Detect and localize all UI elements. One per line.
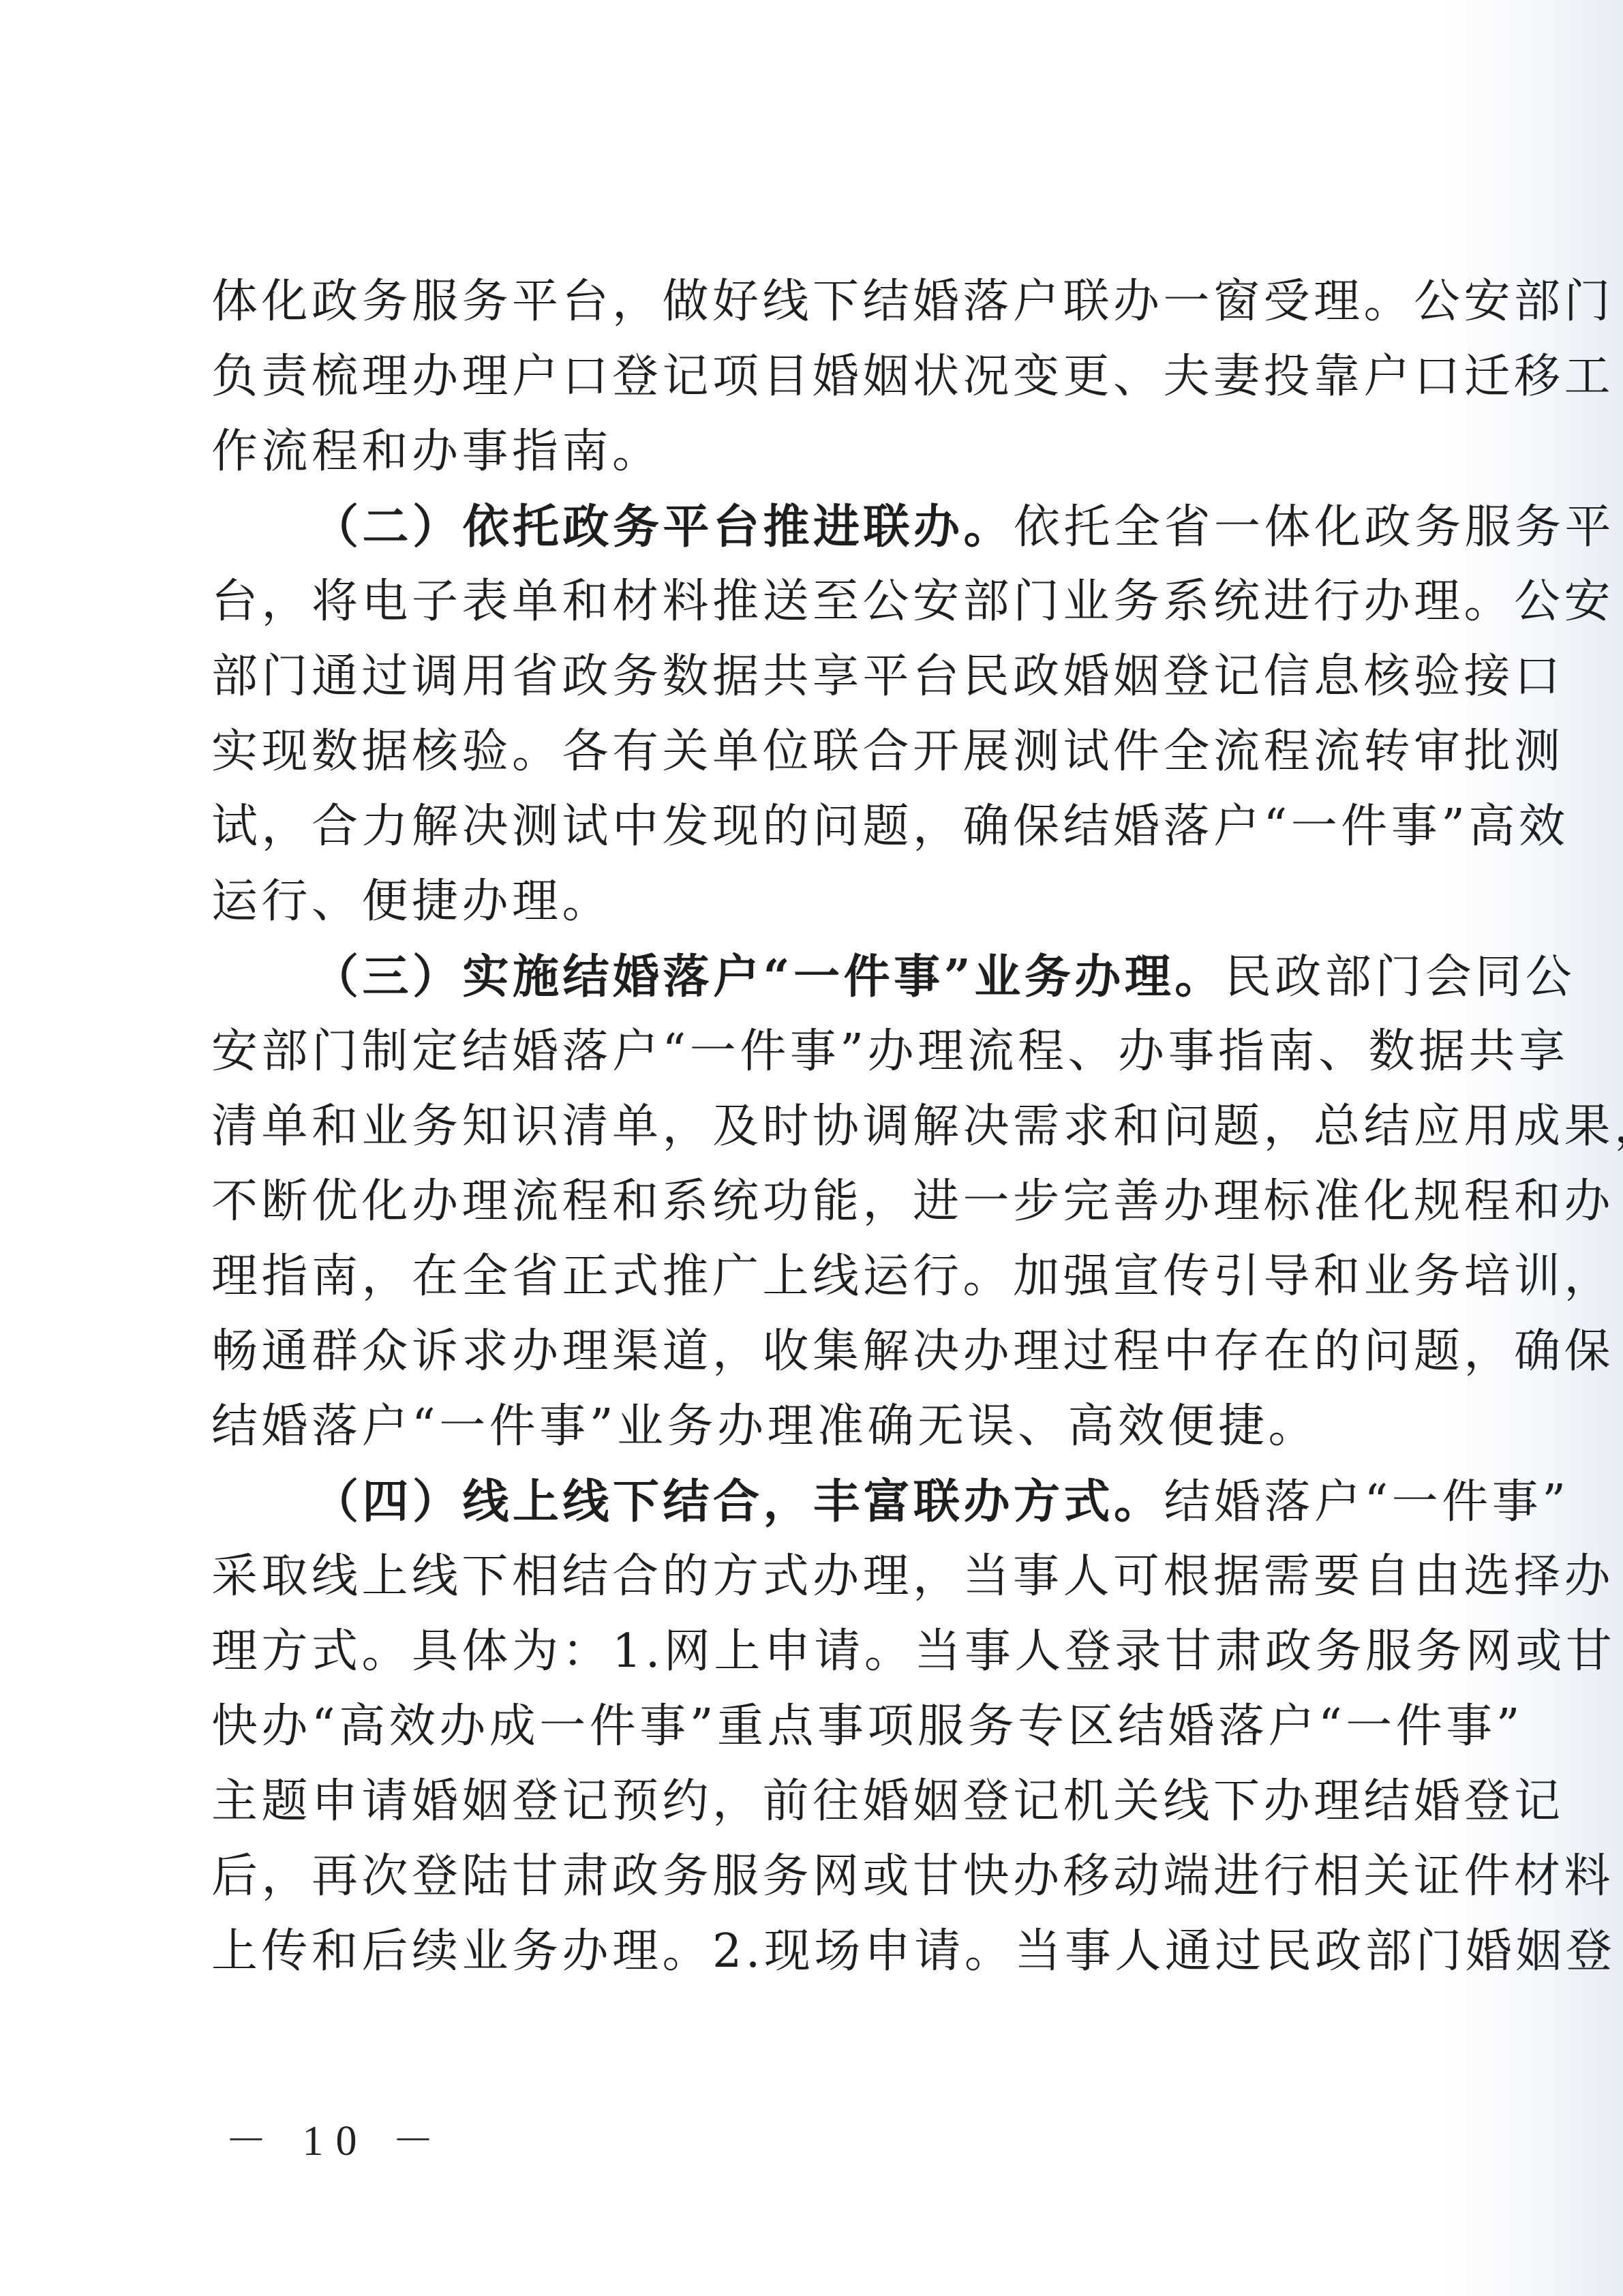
text-run: 民政部门会同公 — [1225, 950, 1576, 1004]
text-run: 结婚落户“一件事” — [1164, 1475, 1570, 1529]
text-run: 依托全省一体化政务服务平 — [1014, 500, 1615, 554]
text-line: 理指南，在全省正式推广上线运行。加强宣传引导和业务培训， — [211, 1239, 1416, 1314]
document-body: 体化政务服务平台，做好线下结婚落户联办一窗受理。公安部门 负责梳理办理户口登记项… — [211, 265, 1416, 1989]
text-line: 理方式。具体为：1.网上申请。当事人登录甘肃政务服务网或甘 — [211, 1614, 1416, 1689]
text-line: 安部门制定结婚落户“一件事”办理流程、办事指南、数据共享 — [211, 1014, 1416, 1089]
paragraph-section-4: （四）线上线下结合，丰富联办方式。结婚落户“一件事” 采取线上线下相结合的方式办… — [211, 1464, 1416, 1989]
text-line: 体化政务服务平台，做好线下结婚落户联办一窗受理。公安部门 — [211, 265, 1416, 339]
text-line-first: （二）依托政务平台推进联办。依托全省一体化政务服务平 — [211, 489, 1416, 564]
text-line: 运行、便捷办理。 — [211, 864, 1416, 939]
text-line: 台，将电子表单和材料推送至公安部门业务系统进行办理。公安 — [211, 564, 1416, 639]
text-line: 部门通过调用省政务数据共享平台民政婚姻登记信息核验接口 — [211, 639, 1416, 714]
text-line: 实现数据核验。各有关单位联合开展测试件全流程流转审批测 — [211, 714, 1416, 789]
text-line: 清单和业务知识清单，及时协调解决需求和问题，总结应用成果， — [211, 1089, 1416, 1164]
text-line: 快办“高效办成一件事”重点事项服务专区结婚落户“一件事” — [211, 1689, 1416, 1764]
text-line: 结婚落户“一件事”业务办理准确无误、高效便捷。 — [211, 1389, 1416, 1464]
text-line: 后，再次登陆甘肃政务服务网或甘快办移动端进行相关证件材料 — [211, 1839, 1416, 1914]
text-line: 畅通群众诉求办理渠道，收集解决办理过程中存在的问题，确保 — [211, 1314, 1416, 1389]
section-heading-4: （四）线上线下结合，丰富联办方式。 — [312, 1475, 1164, 1529]
text-line-first: （四）线上线下结合，丰富联办方式。结婚落户“一件事” — [211, 1464, 1416, 1539]
text-line: 不断优化办理流程和系统功能，进一步完善办理标准化规程和办 — [211, 1164, 1416, 1239]
text-line-first: （三）实施结婚落户“一件事”业务办理。民政部门会同公 — [211, 939, 1416, 1014]
paragraph-section-3: （三）实施结婚落户“一件事”业务办理。民政部门会同公 安部门制定结婚落户“一件事… — [211, 939, 1416, 1464]
paragraph-continuation: 体化政务服务平台，做好线下结婚落户联办一窗受理。公安部门 负责梳理办理户口登记项… — [211, 265, 1416, 489]
text-line: 试，合力解决测试中发现的问题，确保结婚落户“一件事”高效 — [211, 789, 1416, 864]
text-line: 主题申请婚姻登记预约，前往婚姻登记机关线下办理结婚登记 — [211, 1764, 1416, 1839]
page-number: － 10 － — [225, 2106, 446, 2167]
text-line: 负责梳理办理户口登记项目婚姻状况变更、夫妻投靠户口迁移工 — [211, 339, 1416, 414]
text-line: 采取线上线下相结合的方式办理，当事人可根据需要自由选择办 — [211, 1539, 1416, 1614]
paragraph-section-2: （二）依托政务平台推进联办。依托全省一体化政务服务平 台，将电子表单和材料推送至… — [211, 489, 1416, 939]
text-line: 作流程和办事指南。 — [211, 414, 1416, 489]
section-heading-3: （三）实施结婚落户“一件事”业务办理。 — [312, 950, 1225, 1004]
text-line: 上传和后续业务办理。2.现场申请。当事人通过民政部门婚姻登 — [211, 1914, 1416, 1989]
section-heading-2: （二）依托政务平台推进联办。 — [312, 500, 1014, 554]
